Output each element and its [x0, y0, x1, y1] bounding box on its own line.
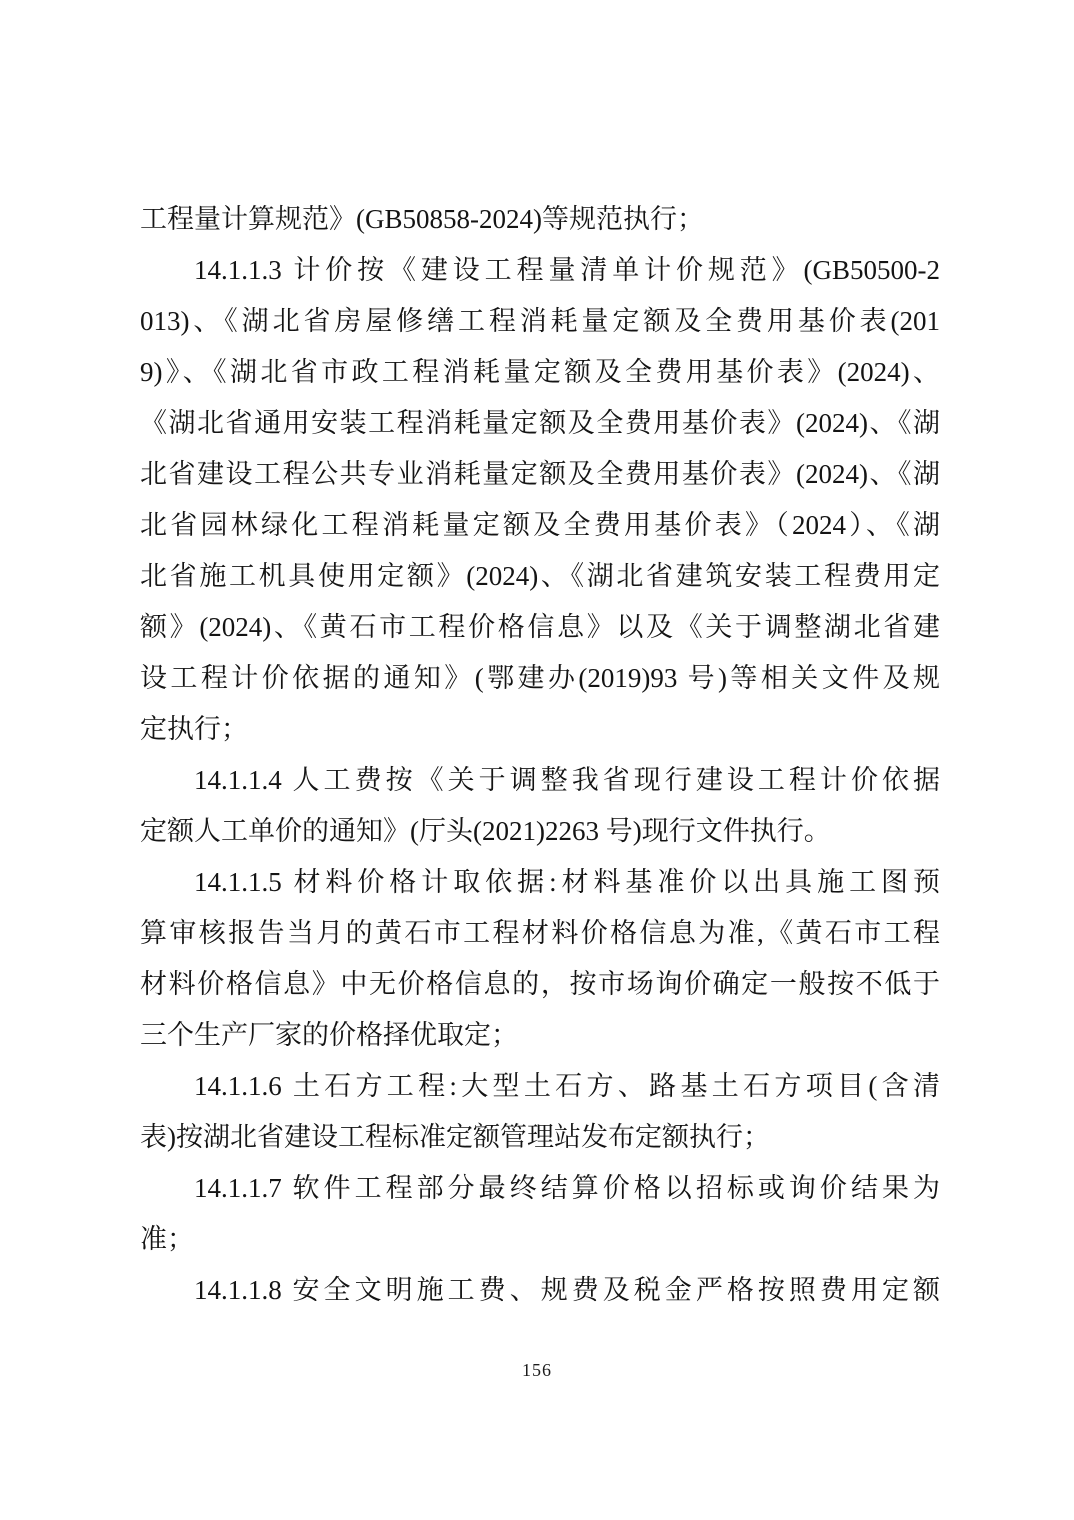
page-number: 156: [0, 1360, 1074, 1381]
text-line: 表)按湖北省建设工程标准定额管理站发布定额执行；: [140, 1112, 940, 1163]
text-line: 14.1.1.3 计价按《建设工程量清单计价规范》(GB50500-2: [140, 245, 940, 296]
text-line: 设工程计价依据的通知》(鄂建办(2019)93 号)等相关文件及规: [140, 653, 940, 704]
text-line: 工程量计算规范》(GB50858-2024)等规范执行；: [140, 194, 940, 245]
document-body: 工程量计算规范》(GB50858-2024)等规范执行；14.1.1.3 计价按…: [140, 194, 940, 1316]
document-page: 工程量计算规范》(GB50858-2024)等规范执行；14.1.1.3 计价按…: [0, 0, 1074, 1520]
text-line: 14.1.1.7 软件工程部分最终结算价格以招标或询价结果为: [140, 1163, 940, 1214]
text-line: 北省建设工程公共专业消耗量定额及全费用基价表》(2024)、《湖: [140, 449, 940, 500]
text-line: 定执行；: [140, 704, 940, 755]
text-line: 三个生产厂家的价格择优取定；: [140, 1010, 940, 1061]
text-line: 14.1.1.8 安全文明施工费、规费及税金严格按照费用定额: [140, 1265, 940, 1316]
text-line: 013)、《湖北省房屋修缮工程消耗量定额及全费用基价表(201: [140, 296, 940, 347]
text-line: 算审核报告当月的黄石市工程材料价格信息为准,《黄石市工程: [140, 908, 940, 959]
text-line: 14.1.1.5 材料价格计取依据:材料基准价以出具施工图预: [140, 857, 940, 908]
text-line: 北省施工机具使用定额》(2024)、《湖北省建筑安装工程费用定: [140, 551, 940, 602]
text-line: 额》(2024)、《黄石市工程价格信息》以及《关于调整湖北省建: [140, 602, 940, 653]
text-line: 9)》、《湖北省市政工程消耗量定额及全费用基价表》(2024)、: [140, 347, 940, 398]
text-line: 14.1.1.4 人工费按《关于调整我省现行建设工程计价依据: [140, 755, 940, 806]
text-line: 准；: [140, 1214, 940, 1265]
text-line: 《湖北省通用安装工程消耗量定额及全费用基价表》(2024)、《湖: [140, 398, 940, 449]
text-line: 北省园林绿化工程消耗量定额及全费用基价表》（2024）、《湖: [140, 500, 940, 551]
text-line: 材料价格信息》中无价格信息的，按市场询价确定一般按不低于: [140, 959, 940, 1010]
text-line: 定额人工单价的通知》(厅头(2021)2263 号)现行文件执行。: [140, 806, 940, 857]
text-line: 14.1.1.6 土石方工程:大型土石方、路基土石方项目(含清: [140, 1061, 940, 1112]
